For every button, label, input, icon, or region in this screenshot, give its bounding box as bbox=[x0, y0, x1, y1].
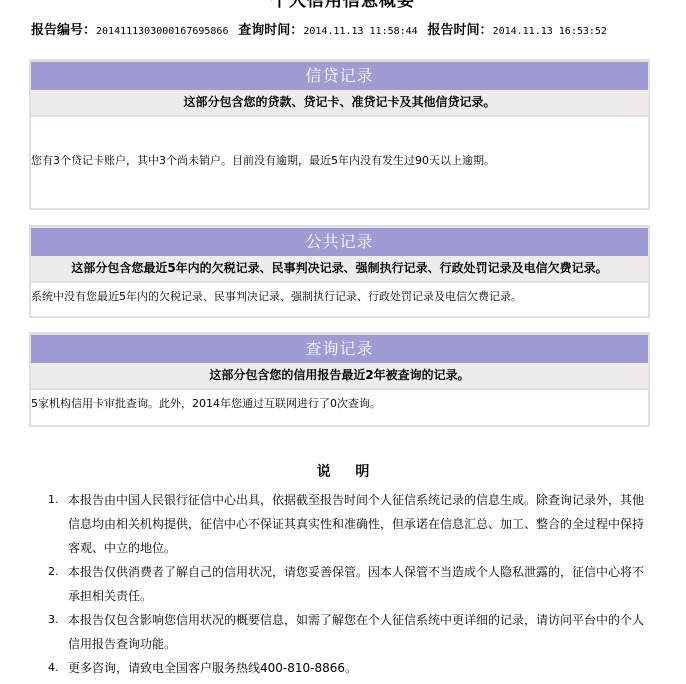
note-text: 本报告仅包含影响您信用状况的概要信息，如需了解您在个人征信系统中更详细的记录，请… bbox=[68, 613, 644, 651]
section-title: 公共记录 bbox=[31, 228, 648, 256]
query-time-value: 2014.11.13 11:58:44 bbox=[303, 26, 417, 37]
section-subtitle: 这部分包含您最近5年内的欠税记录、民事判决记录、强制执行记录、行政处罚记录及电信… bbox=[31, 256, 648, 283]
section-body: 5家机构信用卡审批查询。此外，2014年您通过互联网进行了0次查询。 bbox=[31, 390, 648, 412]
report-time-label: 报告时间： bbox=[428, 23, 493, 38]
note-number: 4. bbox=[48, 656, 59, 680]
section-public-records: 公共记录 这部分包含您最近5年内的欠税记录、民事判决记录、强制执行记录、行政处罚… bbox=[29, 225, 650, 318]
note-item: 4. 更多咨询，请致电全国客户服务热线400-810-8866。 bbox=[40, 656, 652, 680]
notes-title: 说 明 bbox=[0, 463, 686, 481]
section-query-records: 查询记录 这部分包含您的信用报告最近2年被查询的记录。 5家机构信用卡审批查询。… bbox=[29, 332, 650, 427]
section-subtitle: 这部分包含您的信用报告最近2年被查询的记录。 bbox=[31, 363, 648, 390]
note-number: 2. bbox=[48, 560, 59, 584]
report-meta: 报告编号：2014111303000167695866 查询时间：2014.11… bbox=[31, 22, 613, 40]
note-text: 更多咨询，请致电全国客户服务热线400-810-8866。 bbox=[68, 661, 357, 675]
section-body: 系统中没有您最近5年内的欠税记录、民事判决记录、强制执行记录、行政处罚记录及电信… bbox=[31, 283, 648, 305]
section-title: 信贷记录 bbox=[31, 62, 648, 90]
report-no-label: 报告编号： bbox=[31, 23, 96, 38]
section-body: 您有3个贷记卡账户，其中3个尚未销户。目前没有逾期，最近5年内没有发生过90天以… bbox=[31, 117, 648, 169]
section-credit-records: 信贷记录 这部分包含您的贷款、贷记卡、准贷记卡及其他信贷记录。 您有3个贷记卡账… bbox=[29, 59, 650, 210]
note-number: 1. bbox=[48, 488, 59, 512]
note-item: 3. 本报告仅包含影响您信用状况的概要信息，如需了解您在个人征信系统中更详细的记… bbox=[40, 608, 652, 656]
note-text: 本报告由中国人民银行征信中心出具，依据截至报告时间个人征信系统记录的信息生成。除… bbox=[68, 493, 644, 555]
note-item: 1. 本报告由中国人民银行征信中心出具，依据截至报告时间个人征信系统记录的信息生… bbox=[40, 488, 652, 560]
note-number: 3. bbox=[48, 608, 59, 632]
report-no-value: 2014111303000167695866 bbox=[96, 26, 228, 37]
section-title: 查询记录 bbox=[31, 335, 648, 363]
notes-list: 1. 本报告由中国人民银行征信中心出具，依据截至报告时间个人征信系统记录的信息生… bbox=[40, 488, 652, 680]
report-time-value: 2014.11.13 16:53:52 bbox=[493, 26, 607, 37]
query-time-label: 查询时间： bbox=[238, 23, 303, 38]
report-title: 个人信用信息概要 bbox=[0, 0, 686, 11]
note-text: 本报告仅供消费者了解自己的信用状况，请您妥善保管。因本人保管不当造成个人隐私泄露… bbox=[68, 565, 644, 603]
section-subtitle: 这部分包含您的贷款、贷记卡、准贷记卡及其他信贷记录。 bbox=[31, 90, 648, 117]
note-item: 2. 本报告仅供消费者了解自己的信用状况，请您妥善保管。因本人保管不当造成个人隐… bbox=[40, 560, 652, 608]
